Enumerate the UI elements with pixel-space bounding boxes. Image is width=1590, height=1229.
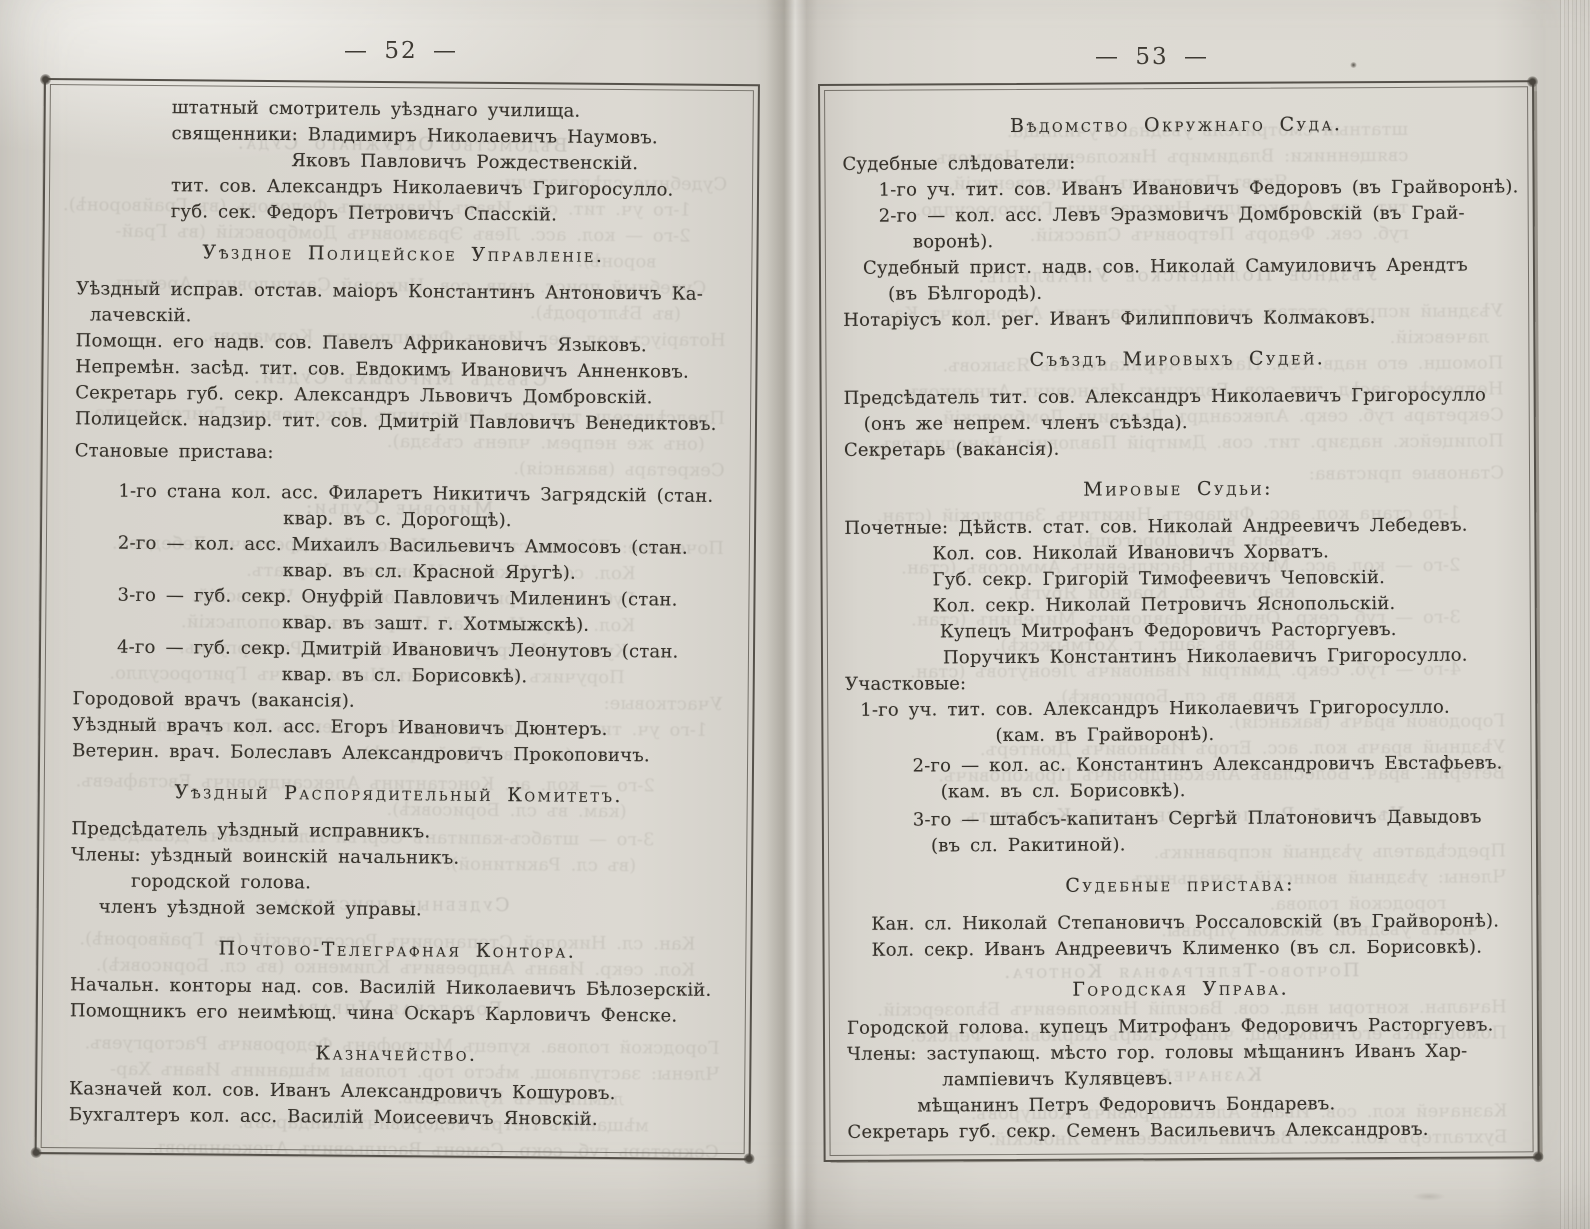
text-line: воронѣ). (913, 226, 1511, 255)
section-heading: Казначейство. (69, 1038, 723, 1070)
page-number-right: — 53 — (1095, 44, 1209, 70)
text-line: Купецъ Митрофанъ Федоровичъ Расторгуевъ. (940, 616, 1513, 645)
text-line: (онъ же непрем. членъ съѣзда). (864, 408, 1512, 437)
text-line: Судебные слѣдователи: (842, 148, 1510, 177)
text-line: Нотаріусъ кол. рег. Иванъ Филипповичъ Ко… (843, 304, 1511, 333)
text-line: 3-го — штабсъ-капитанъ Сергѣй Платонович… (913, 804, 1514, 833)
page-53-frame: штатный смотритель уѣзднаго училища.свящ… (818, 80, 1540, 1162)
ink-blob (1533, 1151, 1544, 1162)
text-line: губ. сек. Федоръ Петровичъ Спасскій. (171, 199, 731, 230)
text-line: 1-го стана кол. асс. Филаретъ Никитичъ З… (118, 479, 728, 510)
text-line: Почетные: Дѣйств. стат. сов. Николай Анд… (844, 512, 1512, 541)
ink-blob (40, 74, 51, 85)
text-line: 2-го — кол. ас. Константинъ Александрови… (913, 750, 1514, 779)
text-line: Яковъ Павловичъ Рождественскій. (291, 148, 731, 178)
ink-blob (1527, 76, 1538, 87)
binding-gutter (766, 0, 818, 1229)
text-line: Участковые: (845, 668, 1513, 697)
ink-blob (31, 1147, 42, 1158)
text-line: мѣщанинъ Петръ Федоровичъ Бондаревъ. (917, 1090, 1515, 1119)
text-line: Бухгалтеръ кол. асс. Василій Моисеевичъ … (69, 1102, 723, 1134)
text-line: Городской голова. купецъ Митрофанъ Федор… (847, 1012, 1515, 1041)
page-53-text: Вѣдомство Окружнаго Суда.Судебные слѣдов… (820, 82, 1538, 1160)
text-line: священники: Владимиръ Николаевичъ Наумов… (171, 121, 731, 152)
dust-speck (1412, 1192, 1446, 1201)
text-line: Кол. сов. Николай Ивановичъ Хорватъ. (932, 538, 1512, 567)
text-line: Полицейск. надзир. тит. сов. Дмитрій Пав… (75, 406, 729, 438)
text-line: квар. въ сл. Борисовкѣ). (282, 662, 727, 692)
text-line: членъ уѣздной земской управы. (99, 895, 725, 926)
dust-speck (1350, 62, 1357, 68)
text-line: Секретарь губ. секр. Семенъ Васильевичъ … (847, 1116, 1515, 1145)
text-line: Губ. секр. Григорій Тимофеевичъ Чеповскі… (933, 564, 1513, 593)
section-heading: Уѣздный Распорядительный Комитетъ. (72, 778, 726, 810)
text-line: 4-го — губ. секр. Дмитрій Ивановичъ Леон… (117, 635, 727, 666)
text-line: лампіевичъ Кулявцевъ. (942, 1064, 1515, 1093)
book-scan: — 52 — — 53 — Вѣдомство Окружнаго Суда.С… (0, 0, 1590, 1229)
text-line: Ветерин. врач. Болеславъ Александровичъ … (72, 738, 726, 770)
page-52-frame: Вѣдомство Окружнаго Суда.Судебные слѣдов… (35, 78, 760, 1160)
text-line: 3-го — губ. секр. Онуфрій Павловичъ Миле… (117, 583, 727, 614)
section-heading: Мировые Судьи: (844, 474, 1512, 503)
page-52-text: штатный смотритель уѣзднаго училища.свящ… (37, 80, 758, 1158)
section-heading: Городская Управа. (847, 974, 1515, 1003)
text-line: 1-го уч. тит. сов. Александръ Николаевич… (860, 694, 1513, 723)
text-line: квар. въ сл. Красной Яругѣ). (283, 558, 728, 588)
text-line: Члены: заступающ. мѣсто гор. головы мѣща… (847, 1038, 1515, 1067)
text-line: квар. въ с. Дорогощѣ). (283, 506, 728, 536)
text-line: Секретарь (вакансія). (844, 434, 1512, 463)
text-line: 2-го — кол. асс. Левъ Эразмовичъ Домбров… (879, 200, 1511, 229)
text-line: 2-го — кол. асс. Михаилъ Васильевичъ Амм… (118, 531, 728, 562)
text-line: Судебный прист. надв. сов. Николай Самуи… (863, 252, 1511, 281)
text-line: (въ Бѣлгородѣ). (888, 278, 1511, 307)
section-heading: Почтово-Телеграфная Контора. (70, 934, 724, 966)
text-line: Помощникъ его неимѣющ. чина Оскаръ Карло… (70, 998, 724, 1030)
text-line: (въ сл. Ракитиной). (931, 830, 1514, 859)
section-heading: Вѣдомство Окружнаго Суда. (842, 110, 1510, 139)
text-line: Кол. секр. Иванъ Андреевичъ Клименко (въ… (871, 934, 1514, 963)
section-heading: Съѣздъ Мировыхъ Судей. (843, 344, 1511, 373)
text-line: Поручикъ Константинъ Николаевичъ Григоро… (943, 642, 1513, 671)
text-line: Предсѣдатель тит. сов. Александръ Никола… (844, 382, 1512, 411)
section-heading: Уѣздное Полицейское Управленіе. (76, 238, 730, 270)
text-line: 1-го уч. тит. сов. Иванъ Ивановичъ Федор… (878, 174, 1510, 203)
text-line: Кан. сл. Николай Степановичъ Россаловскі… (871, 908, 1514, 937)
text-line: Кол. секр. Николай Петровичъ Яснопольскі… (933, 590, 1513, 619)
text-line: (кам. въ Грайворонѣ). (995, 720, 1513, 749)
text-line: квар. въ зашт. г. Хотмыжскѣ). (282, 610, 727, 640)
book-page-edge (1560, 0, 1590, 1229)
page-number-left: — 52 — (344, 38, 458, 64)
text-line: (кам. въ сл. Борисовкѣ). (941, 776, 1514, 805)
ink-blob (744, 1153, 755, 1164)
text-line: Становые пристава: (75, 438, 729, 470)
section-heading: Судебные пристава: (846, 870, 1514, 899)
